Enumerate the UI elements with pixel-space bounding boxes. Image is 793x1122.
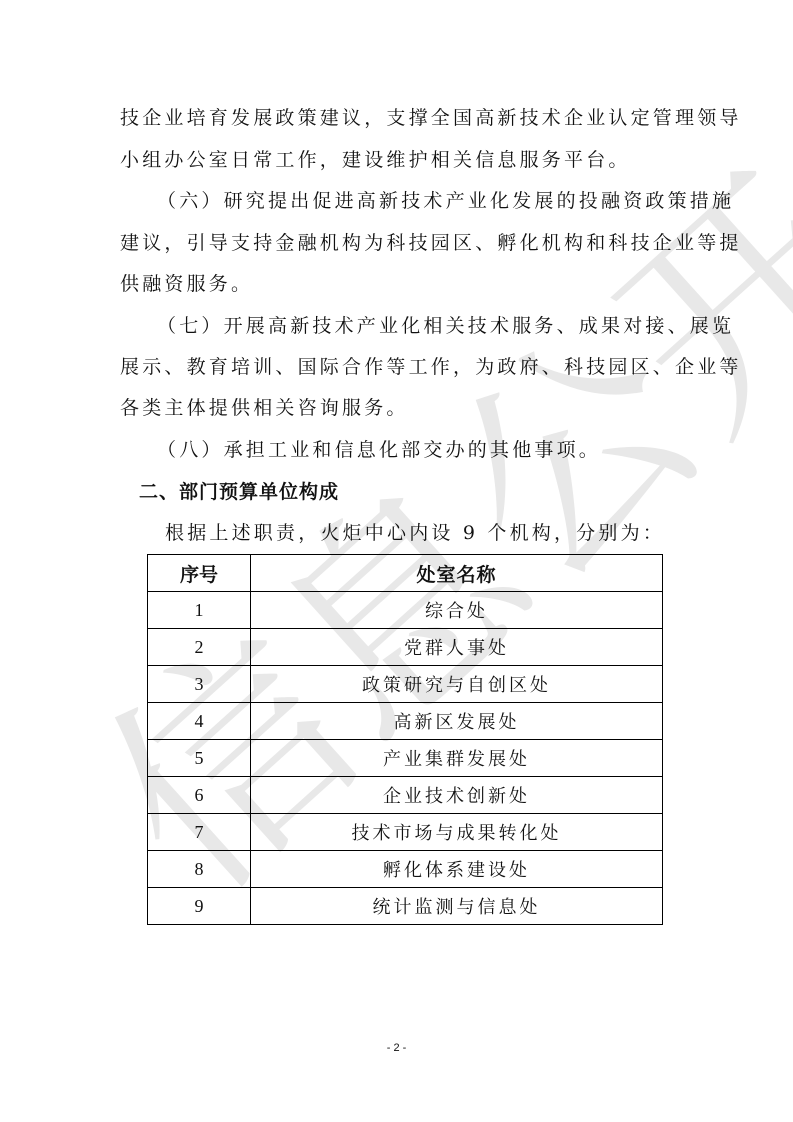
row-number: 5: [148, 740, 251, 777]
intro-text: 根据上述职责，火炬中心内设 9 个机构，分别为：: [165, 521, 665, 545]
row-number: 6: [148, 777, 251, 814]
paragraph-line: （六）研究提出促进高新技术产业化发展的投融资政策措施: [157, 189, 734, 213]
paragraph-line: （八）承担工业和信息化部交办的其他事项。: [157, 438, 601, 462]
table-row: 5 产业集群发展处: [148, 740, 663, 777]
office-name: 高新区发展处: [251, 703, 663, 740]
row-number: 7: [148, 814, 251, 851]
office-name: 综合处: [251, 592, 663, 629]
paragraph-line: （七）开展高新技术产业化相关技术服务、成果对接、展览: [157, 314, 734, 338]
table-row: 7 技术市场与成果转化处: [148, 814, 663, 851]
row-number: 1: [148, 592, 251, 629]
table-row: 2 党群人事处: [148, 629, 663, 666]
paragraph-line: 小组办公室日常工作，建设维护相关信息服务平台。: [120, 148, 631, 172]
paragraph-line: 各类主体提供相关咨询服务。: [120, 396, 409, 420]
row-number: 2: [148, 629, 251, 666]
office-name: 孵化体系建设处: [251, 851, 663, 888]
table-row: 9 统计监测与信息处: [148, 888, 663, 925]
table-row: 4 高新区发展处: [148, 703, 663, 740]
section-heading: 二、部门预算单位构成: [139, 480, 339, 504]
paragraph-line: 展示、教育培训、国际合作等工作，为政府、科技园区、企业等: [120, 355, 742, 379]
paragraph-line: 建议，引导支持金融机构为科技园区、孵化机构和科技企业等提: [120, 231, 742, 255]
document-page: 信息公开 技企业培育发展政策建议，支撑全国高新技术企业认定管理领导 小组办公室日…: [0, 0, 793, 1122]
table-header-row: 序号 处室名称: [148, 555, 663, 592]
header-number: 序号: [148, 555, 251, 592]
paragraph-line: 供融资服务。: [120, 272, 253, 296]
row-number: 9: [148, 888, 251, 925]
row-number: 8: [148, 851, 251, 888]
office-name: 技术市场与成果转化处: [251, 814, 663, 851]
office-name: 企业技术创新处: [251, 777, 663, 814]
paragraph-line: 技企业培育发展政策建议，支撑全国高新技术企业认定管理领导: [120, 106, 742, 130]
table-row: 6 企业技术创新处: [148, 777, 663, 814]
row-number: 4: [148, 703, 251, 740]
units-table: 序号 处室名称 1 综合处 2 党群人事处 3 政策研究与自创区处 4 高新区发…: [147, 554, 663, 925]
office-name: 产业集群发展处: [251, 740, 663, 777]
table-row: 3 政策研究与自创区处: [148, 666, 663, 703]
table-row: 1 综合处: [148, 592, 663, 629]
office-name: 统计监测与信息处: [251, 888, 663, 925]
table-row: 8 孵化体系建设处: [148, 851, 663, 888]
header-office-name: 处室名称: [251, 555, 663, 592]
office-name: 政策研究与自创区处: [251, 666, 663, 703]
page-number: - 2 -: [0, 1042, 793, 1054]
office-name: 党群人事处: [251, 629, 663, 666]
row-number: 3: [148, 666, 251, 703]
